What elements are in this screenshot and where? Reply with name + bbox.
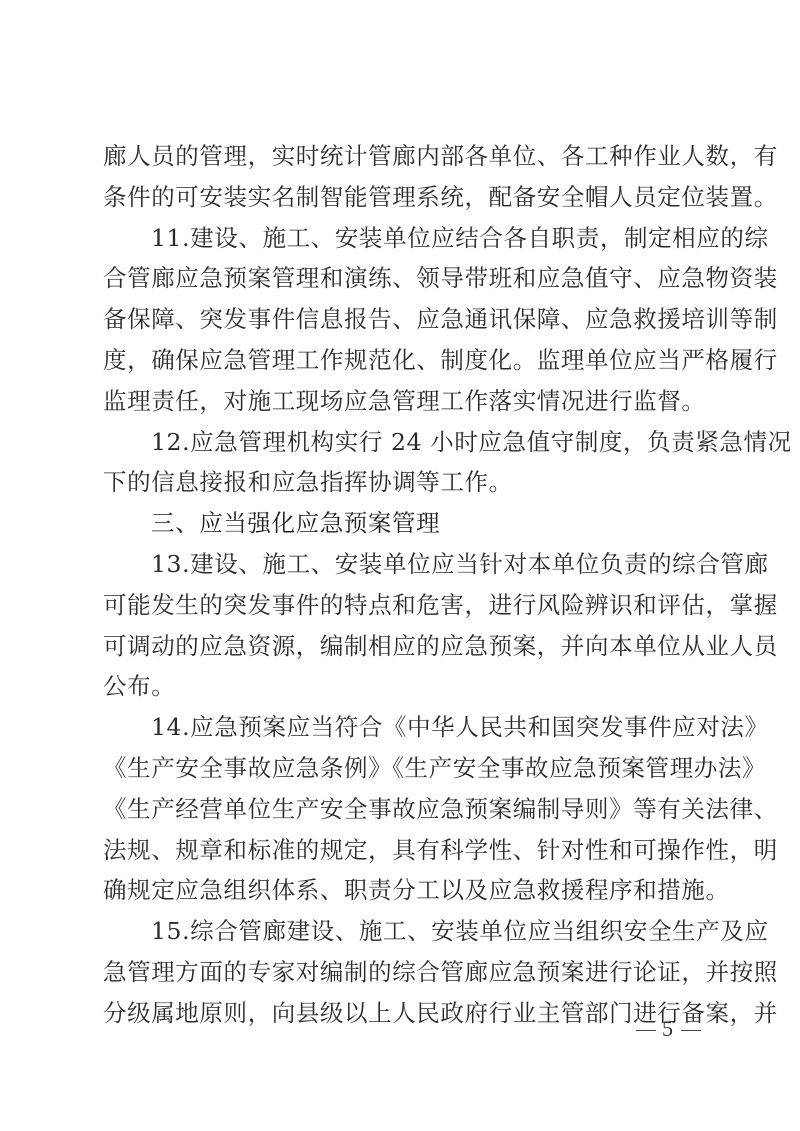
text-line: 法规、规章和标准的规定，具有科学性、针对性和可操作性，明 xyxy=(103,830,701,871)
paragraph-11-start: 11.建设、施工、安装单位应结合各自职责，制定相应的综 xyxy=(103,218,701,259)
text-line: 可能发生的突发事件的特点和危害，进行风险辨识和评估，掌握 xyxy=(103,585,701,626)
dash-left xyxy=(636,1030,656,1031)
section-heading: 三、应当强化应急预案管理 xyxy=(103,503,701,544)
text-line: 分级属地原则，向县级以上人民政府行业主管部门进行备案，并 xyxy=(103,993,701,1034)
paragraph-13-start: 13.建设、施工、安装单位应当针对本单位负责的综合管廊 xyxy=(103,544,701,585)
text-line: 公布。 xyxy=(103,666,701,707)
text-line: 《生产经营单位生产安全事故应急预案编制导则》等有关法律、 xyxy=(103,789,701,830)
text-line: 可调动的应急资源，编制相应的应急预案，并向本单位从业人员 xyxy=(103,626,701,667)
body-text: 廊人员的管理，实时统计管廊内部各单位、各工种作业人数，有 条件的可安装实名制智能… xyxy=(103,136,701,1034)
page-number-value: 5 xyxy=(662,1016,675,1041)
dash-right xyxy=(681,1030,701,1031)
text-line: 备保障、突发事件信息报告、应急通讯保障、应急救援培训等制 xyxy=(103,299,701,340)
text-line: 确规定应急组织体系、职责分工以及应急救援程序和措施。 xyxy=(103,870,701,911)
text-line: 急管理方面的专家对编制的综合管廊应急预案进行论证，并按照 xyxy=(103,952,701,993)
paragraph-14-start: 14.应急预案应当符合《中华人民共和国突发事件应对法》 xyxy=(103,707,701,748)
text-line: 度，确保应急管理工作规范化、制度化。监理单位应当严格履行 xyxy=(103,340,701,381)
text-line: 下的信息接报和应急指挥协调等工作。 xyxy=(103,462,701,503)
page-number: 5 xyxy=(630,1016,707,1042)
text-line: 合管廊应急预案管理和演练、领导带班和应急值守、应急物资装 xyxy=(103,258,701,299)
paragraph-15-start: 15.综合管廊建设、施工、安装单位应当组织安全生产及应 xyxy=(103,911,701,952)
text-line: 《生产安全事故应急条例》《生产安全事故应急预案管理办法》 xyxy=(103,748,701,789)
text-line: 条件的可安装实名制智能管理系统，配备安全帽人员定位装置。 xyxy=(103,177,701,218)
text-line: 廊人员的管理，实时统计管廊内部各单位、各工种作业人数，有 xyxy=(103,136,701,177)
text-line: 监理责任，对施工现场应急管理工作落实情况进行监督。 xyxy=(103,381,701,422)
document-page: 廊人员的管理，实时统计管廊内部各单位、各工种作业人数，有 条件的可安装实名制智能… xyxy=(0,0,800,1131)
paragraph-12-start: 12.应急管理机构实行 24 小时应急值守制度，负责紧急情况 xyxy=(103,422,701,463)
